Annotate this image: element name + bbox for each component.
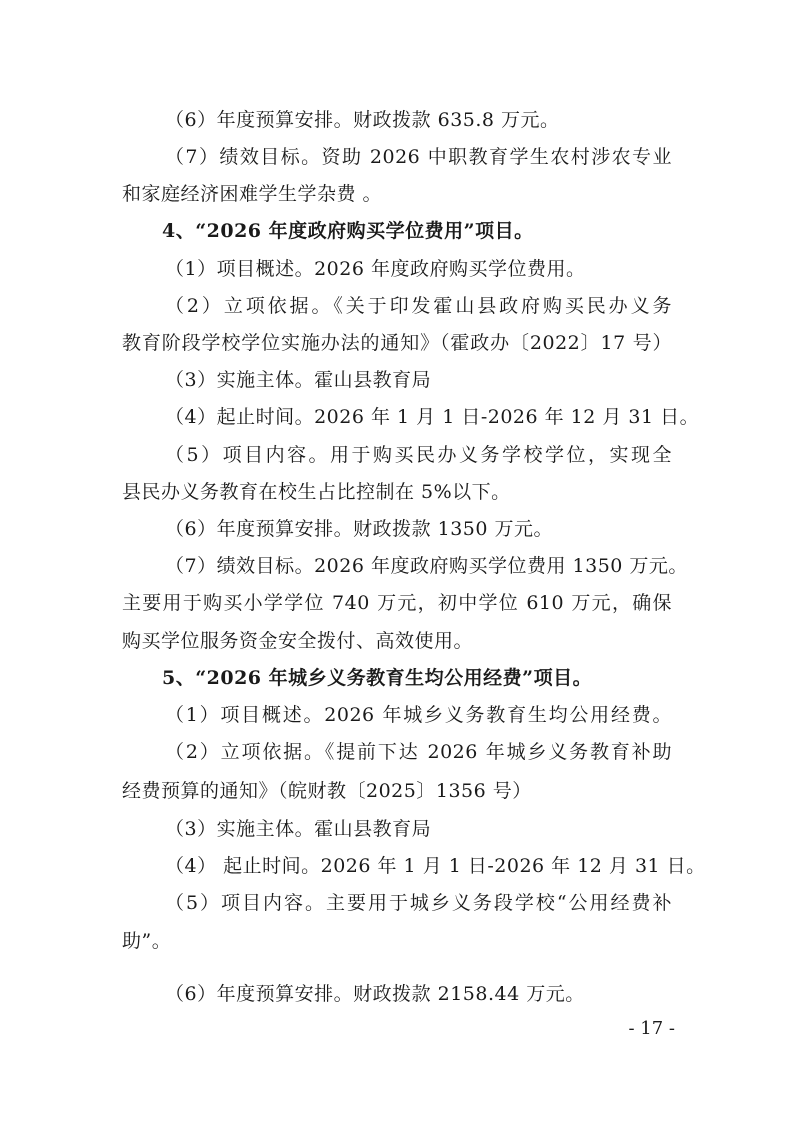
- paragraph-period-item4: （4）起止时间。2026 年 1 月 1 日-2026 年 12 月 31 日。: [165, 405, 672, 429]
- paragraph-target-item4-cont1: 主要用于购买小学学位 740 万元，初中学位 610 万元，确保: [122, 591, 672, 615]
- paragraph-target-item4: （7）绩效目标。2026 年度政府购买学位费用 1350 万元。: [165, 554, 672, 578]
- paragraph-basis-item4-cont: 教育阶段学校学位实施办法的通知》（霍政办〔2022〕17 号）: [122, 331, 672, 355]
- paragraph-entity-item4: （3）实施主体。霍山县教育局: [165, 368, 431, 392]
- paragraph-content-item4: （5）项目内容。用于购买民办义务学校学位，实现全: [165, 443, 672, 467]
- section-heading-4: 4、“2026 年度政府购买学位费用”项目。: [162, 219, 534, 243]
- paragraph-basis-item4: （2）立项依据。《关于印发霍山县政府购买民办义务: [165, 294, 672, 318]
- paragraph-entity-item5: （3）实施主体。霍山县教育局: [165, 817, 431, 841]
- paragraph-budget-item5: （6）年度预算安排。财政拨款 2158.44 万元。: [165, 982, 585, 1006]
- paragraph-budget-item3: （6）年度预算安排。财政拨款 635.8 万元。: [165, 108, 560, 132]
- paragraph-content-item4-cont: 县民办义务教育在校生占比控制在 5%以下。: [122, 480, 511, 504]
- paragraph-target-item3-cont: 和家庭经济困难学生学杂费 。: [122, 182, 382, 206]
- paragraph-overview-item5: （1）项目概述。2026 年城乡义务教育生均公用经费。: [165, 703, 672, 727]
- section-heading-5: 5、“2026 年城乡义务教育生均公用经费”项目。: [162, 666, 592, 690]
- paragraph-content-item5: （5）项目内容。主要用于城乡义务段学校“公用经费补: [165, 891, 672, 915]
- paragraph-budget-item4: （6）年度预算安排。财政拨款 1350 万元。: [165, 517, 553, 541]
- paragraph-basis-item5-cont: 经费预算的通知》（皖财教〔2025〕1356 号）: [122, 779, 532, 803]
- paragraph-target-item4-cont2: 购买学位服务资金安全拨付、高效使用。: [122, 629, 473, 653]
- paragraph-content-item5-cont: 助”。: [122, 929, 171, 953]
- paragraph-target-item3: （7）绩效目标。资助 2026 中职教育学生农村涉农专业: [165, 145, 672, 169]
- paragraph-period-item5: （4） 起止时间。2026 年 1 月 1 日-2026 年 12 月 31 日…: [165, 854, 672, 878]
- paragraph-basis-item5: （2）立项依据。《提前下达 2026 年城乡义务教育补助: [165, 740, 672, 764]
- paragraph-overview-item4: （1）项目概述。2026 年度政府购买学位费用。: [165, 257, 585, 281]
- page-number: - 17 -: [628, 1018, 675, 1039]
